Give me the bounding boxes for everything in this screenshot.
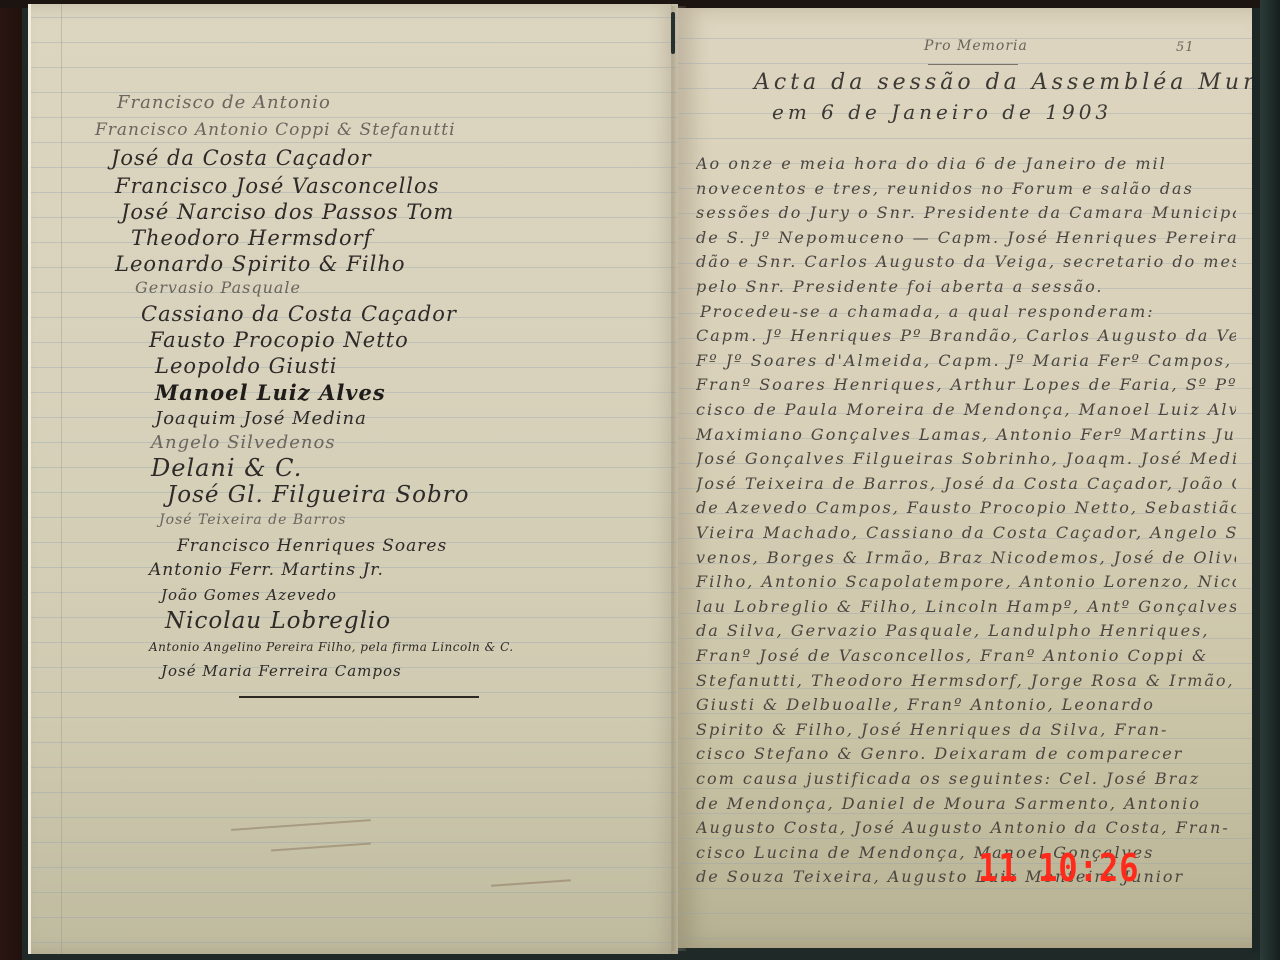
minutes-line: de S. Jº Nepomuceno — Capm. José Henriqu…	[696, 228, 1236, 247]
photo-scene: Francisco de Antonio Francisco Antonio C…	[0, 0, 1280, 960]
minutes-line: Fº Jº Soares d'Almeida, Capm. Jº Maria F…	[696, 351, 1236, 370]
left-page: Francisco de Antonio Francisco Antonio C…	[28, 4, 678, 954]
minutes-line: dão e Snr. Carlos Augusto da Veiga, secr…	[696, 252, 1236, 271]
signature: José da Costa Caçador	[111, 146, 372, 170]
minutes-line: Vieira Machado, Cassiano da Costa Caçado…	[696, 523, 1236, 542]
minutes-line: sessões do Jury o Snr. Presidente da Cam…	[696, 203, 1236, 222]
signature: Nicolau Lobreglio	[165, 608, 391, 634]
minutes-line: José Gonçalves Filgueiras Sobrinho, Joaq…	[696, 449, 1236, 468]
signature: João Gomes Azevedo	[161, 586, 337, 604]
signature: Francisco Antonio Coppi & Stefanutti	[95, 120, 456, 140]
camera-time-stamp: 10:26	[1038, 846, 1139, 890]
signature: Antonio Ferr. Martins Jr.	[149, 560, 384, 580]
signature: Fausto Procopio Netto	[149, 328, 409, 352]
minutes-date: em 6 de Janeiro de 1903	[772, 100, 1112, 124]
signature: Angelo Silvedenos	[151, 432, 336, 453]
minutes-line: Filho, Antonio Scapolatempore, Antonio L…	[696, 572, 1236, 591]
signature: Francisco José Vasconcellos	[115, 174, 439, 198]
minutes-line: Maximiano Gonçalves Lamas, Antonio Ferº …	[696, 425, 1236, 444]
minutes-line: Franº José de Vasconcellos, Franº Antoni…	[696, 646, 1236, 665]
minutes-line: Giusti & Delbuoalle, Franº Antonio, Leon…	[696, 695, 1236, 714]
minutes-line: José Teixeira de Barros, José da Costa C…	[696, 474, 1236, 493]
signature: Antonio Angelino Pereira Filho, pela fir…	[149, 640, 514, 654]
minutes-line: Spirito & Filho, José Henriques da Silva…	[696, 720, 1236, 739]
minutes-line: cisco Stefano & Genro. Deixaram de compa…	[696, 744, 1236, 763]
signature: Cassiano da Costa Caçador	[141, 302, 457, 326]
right-page: Pro Memoria 51 Acta da sessão da Assembl…	[678, 8, 1253, 948]
signature: Manoel Luiz Alves	[155, 380, 386, 405]
minutes-line: novecentos e tres, reunidos no Forum e s…	[696, 179, 1236, 198]
minutes-line: lau Lobreglio & Filho, Lincoln Hampº, An…	[696, 597, 1236, 616]
minutes-line: de Azevedo Campos, Fausto Procopio Netto…	[696, 498, 1236, 517]
ink-drip	[671, 12, 675, 54]
signature: José Gl. Filgueira Sobro	[167, 482, 470, 508]
minutes-line: Stefanutti, Theodoro Hermsdorf, Jorge Ro…	[696, 671, 1236, 690]
signature: Theodoro Hermsdorf	[131, 226, 372, 250]
minutes-line: venos, Borges & Irmão, Braz Nicodemos, J…	[696, 548, 1236, 567]
cover-edge	[1260, 0, 1280, 960]
closing-underline	[239, 696, 479, 698]
minutes-line: cisco de Paula Moreira de Mendonça, Mano…	[696, 400, 1236, 419]
minutes-line: cisco Lucina de Mendonça, Manoel Gonçalv…	[696, 843, 1236, 862]
minutes-line: de Mendonça, Daniel de Moura Sarmento, A…	[696, 794, 1236, 813]
minutes-line: pelo Snr. Presidente foi aberta a sessão…	[696, 277, 1236, 296]
signature: Francisco Henriques Soares	[177, 536, 447, 556]
minutes-line: da Silva, Gervazio Pasquale, Landulpho H…	[696, 621, 1236, 640]
signature: Joaquim José Medina	[155, 408, 367, 429]
margin-line	[61, 4, 62, 954]
minutes-line: Ao onze e meia hora do dia 6 de Janeiro …	[696, 154, 1236, 173]
signature: José Teixeira de Barros	[159, 512, 346, 528]
minutes-line: Procedeu-se a chamada, a qual respondera…	[700, 302, 1240, 321]
camera-date-stamp: 11	[978, 846, 1019, 890]
minutes-line: Augusto Costa, José Augusto Antonio da C…	[696, 818, 1236, 837]
signature: Leopoldo Giusti	[155, 354, 338, 378]
minutes-line: Franº Soares Henriques, Arthur Lopes de …	[696, 375, 1236, 394]
page-edge	[1252, 8, 1260, 953]
minutes-line: Capm. Jº Henriques Pº Brandão, Carlos Au…	[696, 326, 1236, 345]
signature: José Maria Ferreira Campos	[161, 662, 402, 680]
signature: Leonardo Spirito & Filho	[115, 252, 405, 276]
signature: Delani & C.	[151, 454, 302, 482]
signature: José Narciso dos Passos Tom	[121, 200, 454, 224]
page-number: 51	[1176, 40, 1195, 55]
header-note: Pro Memoria	[924, 38, 1028, 54]
minutes-line: de Souza Teixeira, Augusto Luiz Monteiro…	[696, 867, 1236, 886]
signature: Gervasio Pasquale	[135, 278, 301, 297]
signature: Francisco de Antonio	[117, 92, 331, 113]
minutes-line: com causa justificada os seguintes: Cel.…	[696, 769, 1236, 788]
header-underline	[928, 64, 1018, 65]
minutes-title: Acta da sessão da Assembléa Municipal	[754, 70, 1253, 95]
